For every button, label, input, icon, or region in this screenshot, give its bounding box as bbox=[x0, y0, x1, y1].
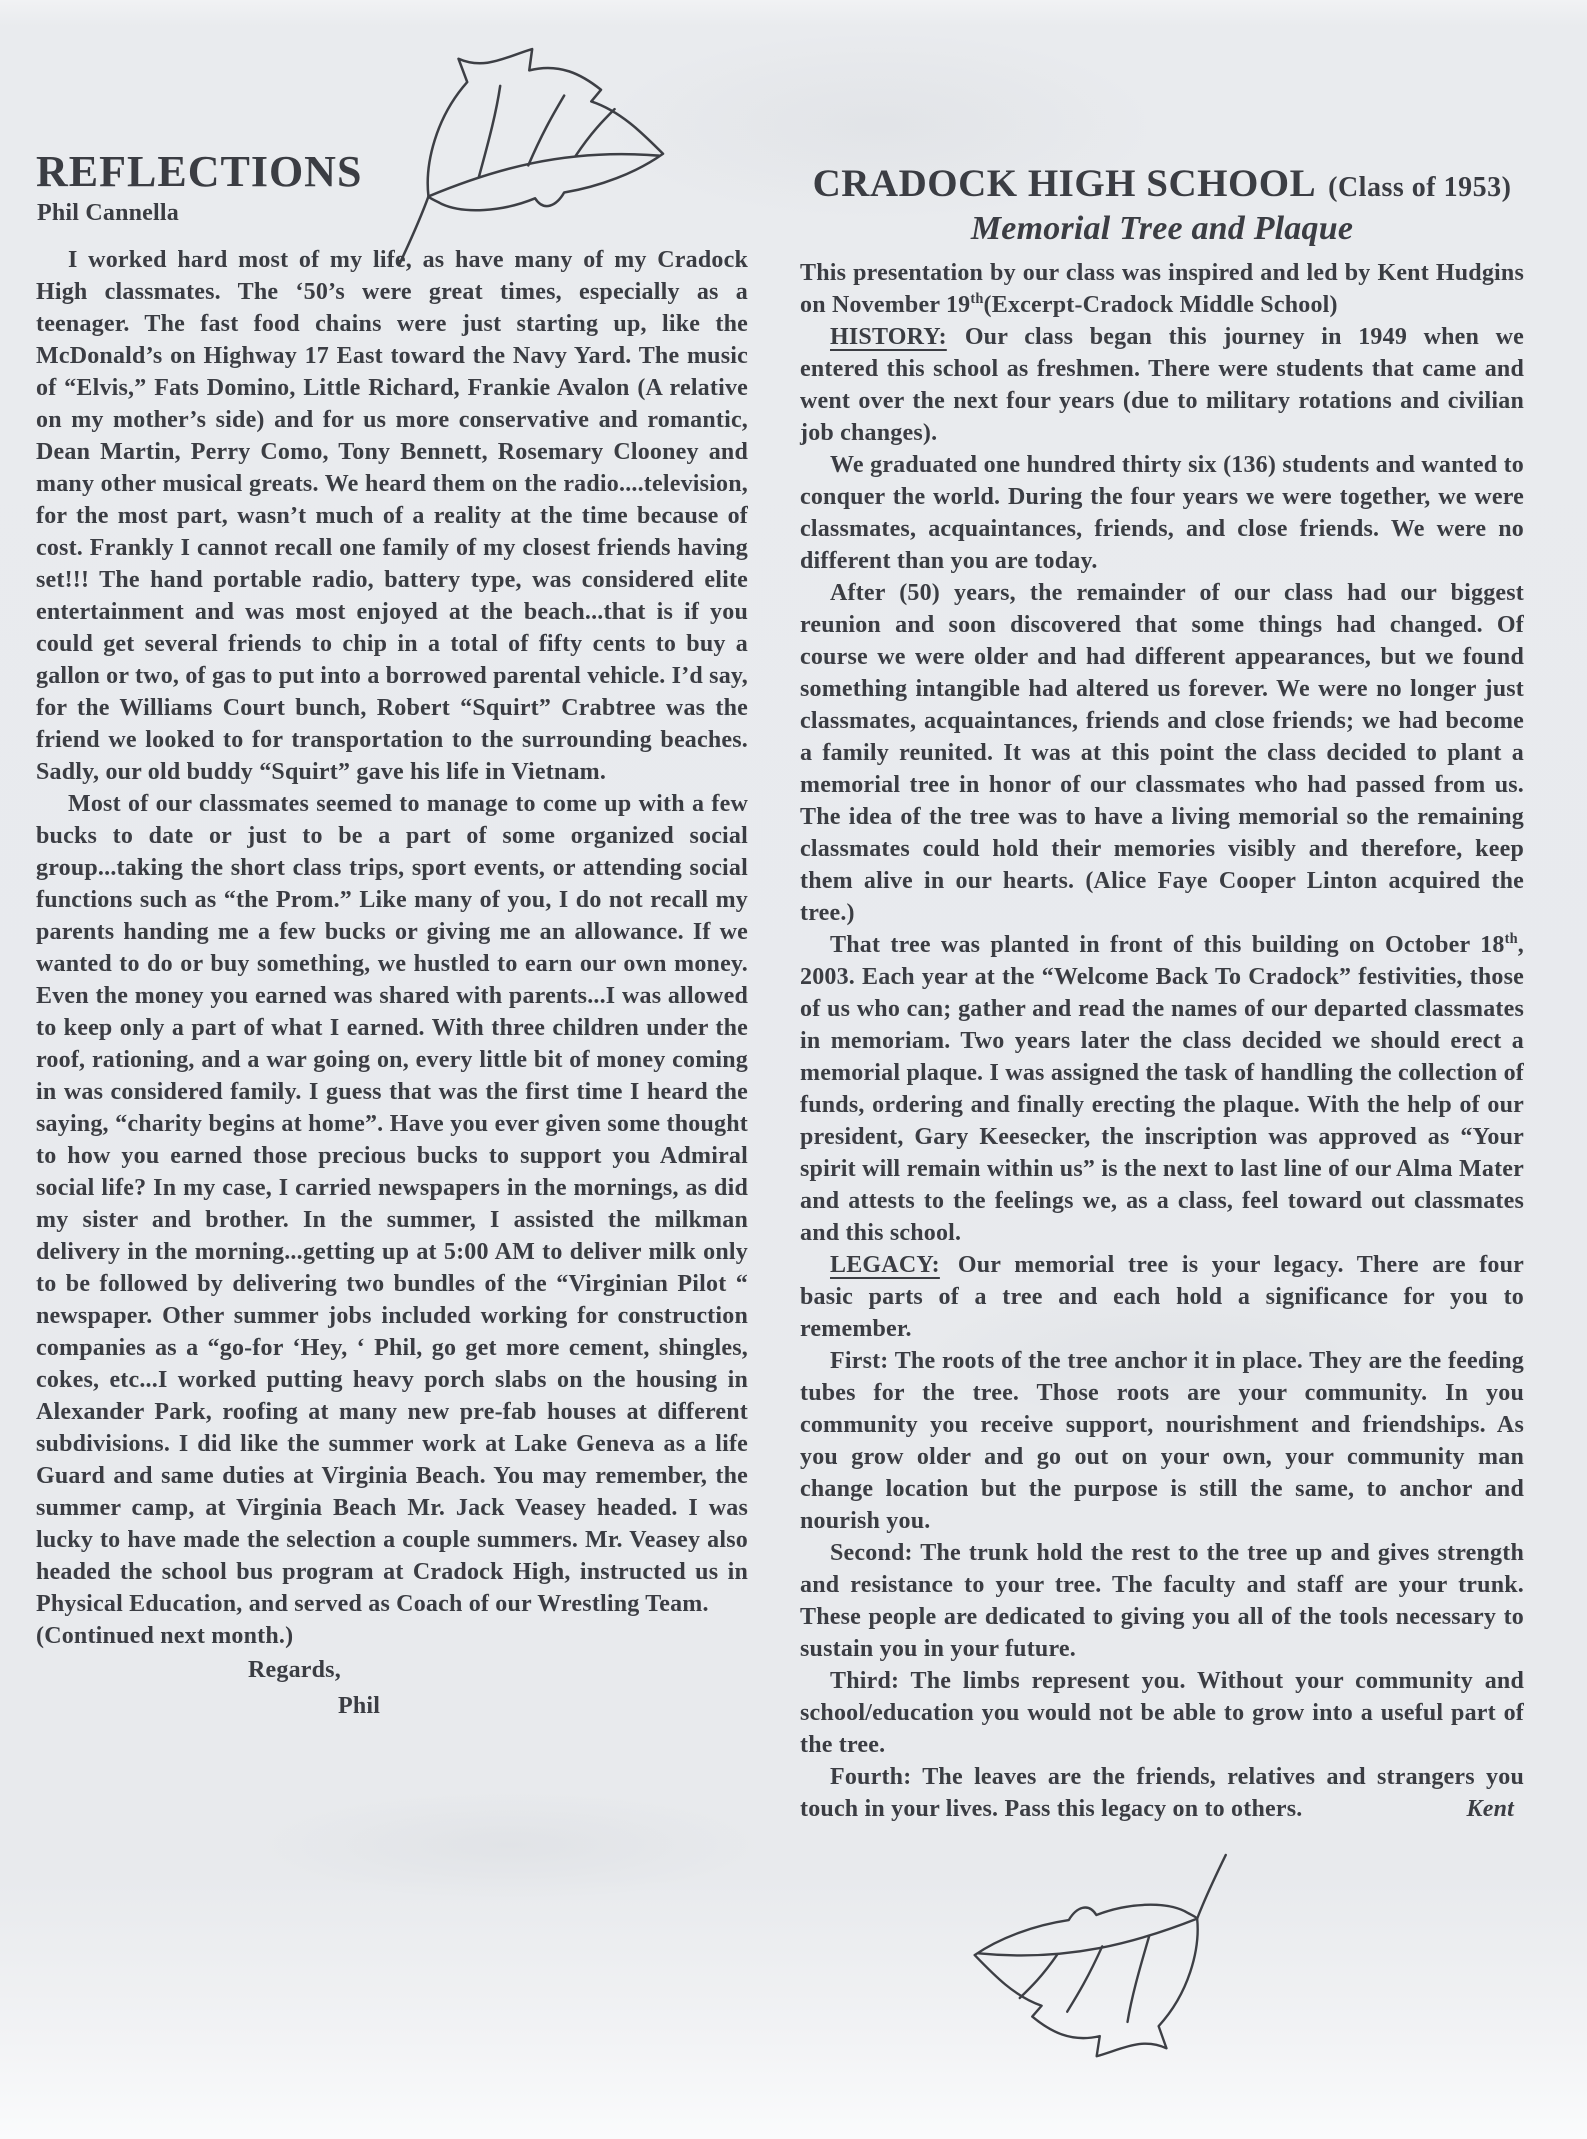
closing-regards: Regards, bbox=[36, 1652, 748, 1688]
reflections-paragraph-1: I worked hard most of my life, as have m… bbox=[36, 244, 748, 788]
fourth-leaves-paragraph: Fourth: The leaves are the friends, rela… bbox=[800, 1761, 1524, 1825]
after-fifty-years-paragraph: After (50) years, the remainder of our c… bbox=[800, 577, 1524, 929]
tree-text-before-sup: That tree was planted in front of this b… bbox=[830, 932, 1505, 958]
signature-phil: Phil bbox=[36, 1688, 748, 1724]
newsletter-page: REFLECTIONS Phil Cannella I worked hard … bbox=[0, 0, 1587, 2139]
first-roots-paragraph: First: The roots of the tree anchor it i… bbox=[800, 1345, 1524, 1537]
tree-text-after-sup: , 2003. Each year at the “Welcome Back T… bbox=[800, 932, 1524, 1246]
history-paragraph: HISTORY:Our class began this journey in … bbox=[800, 321, 1524, 449]
memorial-subtitle: Memorial Tree and Plaque bbox=[800, 213, 1524, 245]
reflections-byline: Phil Cannella bbox=[37, 200, 748, 226]
second-trunk-paragraph: Second: The trunk hold the rest to the t… bbox=[800, 1537, 1524, 1665]
signature-kent: Kent bbox=[1437, 1793, 1524, 1825]
legacy-label: LEGACY: bbox=[830, 1252, 940, 1278]
memorial-article: CRADOCK HIGH SCHOOL(Class of 1953) Memor… bbox=[800, 164, 1524, 1825]
memorial-title-class-of: (Class of 1953) bbox=[1328, 172, 1511, 203]
oak-leaf-icon bbox=[956, 1833, 1290, 2097]
fourth-leaves-text: Fourth: The leaves are the friends, rela… bbox=[800, 1764, 1524, 1822]
reflections-title: REFLECTIONS bbox=[36, 150, 748, 194]
tree-planted-paragraph: That tree was planted in front of this b… bbox=[800, 929, 1524, 1249]
graduated-paragraph: We graduated one hundred thirty six (136… bbox=[800, 449, 1524, 577]
memorial-title: CRADOCK HIGH SCHOOL(Class of 1953) bbox=[800, 164, 1524, 205]
memorial-title-main: CRADOCK HIGH SCHOOL bbox=[813, 162, 1317, 205]
history-label: HISTORY: bbox=[830, 324, 947, 350]
reflections-paragraph-2: Most of our classmates seemed to manage … bbox=[36, 788, 748, 1620]
third-limbs-paragraph: Third: The limbs represent you. Without … bbox=[800, 1665, 1524, 1761]
continued-note: (Continued next month.) bbox=[36, 1620, 748, 1652]
memorial-intro: This presentation by our class was inspi… bbox=[800, 257, 1524, 321]
scan-bleedthrough-artifact bbox=[250, 1790, 770, 1900]
intro-superscript: th bbox=[970, 291, 983, 307]
legacy-paragraph: LEGACY:Our memorial tree is your legacy.… bbox=[800, 1249, 1524, 1345]
intro-text-after-sup: (Excerpt-Cradock Middle School) bbox=[984, 292, 1338, 318]
reflections-article: REFLECTIONS Phil Cannella I worked hard … bbox=[36, 150, 748, 1724]
tree-superscript: th bbox=[1505, 931, 1518, 947]
